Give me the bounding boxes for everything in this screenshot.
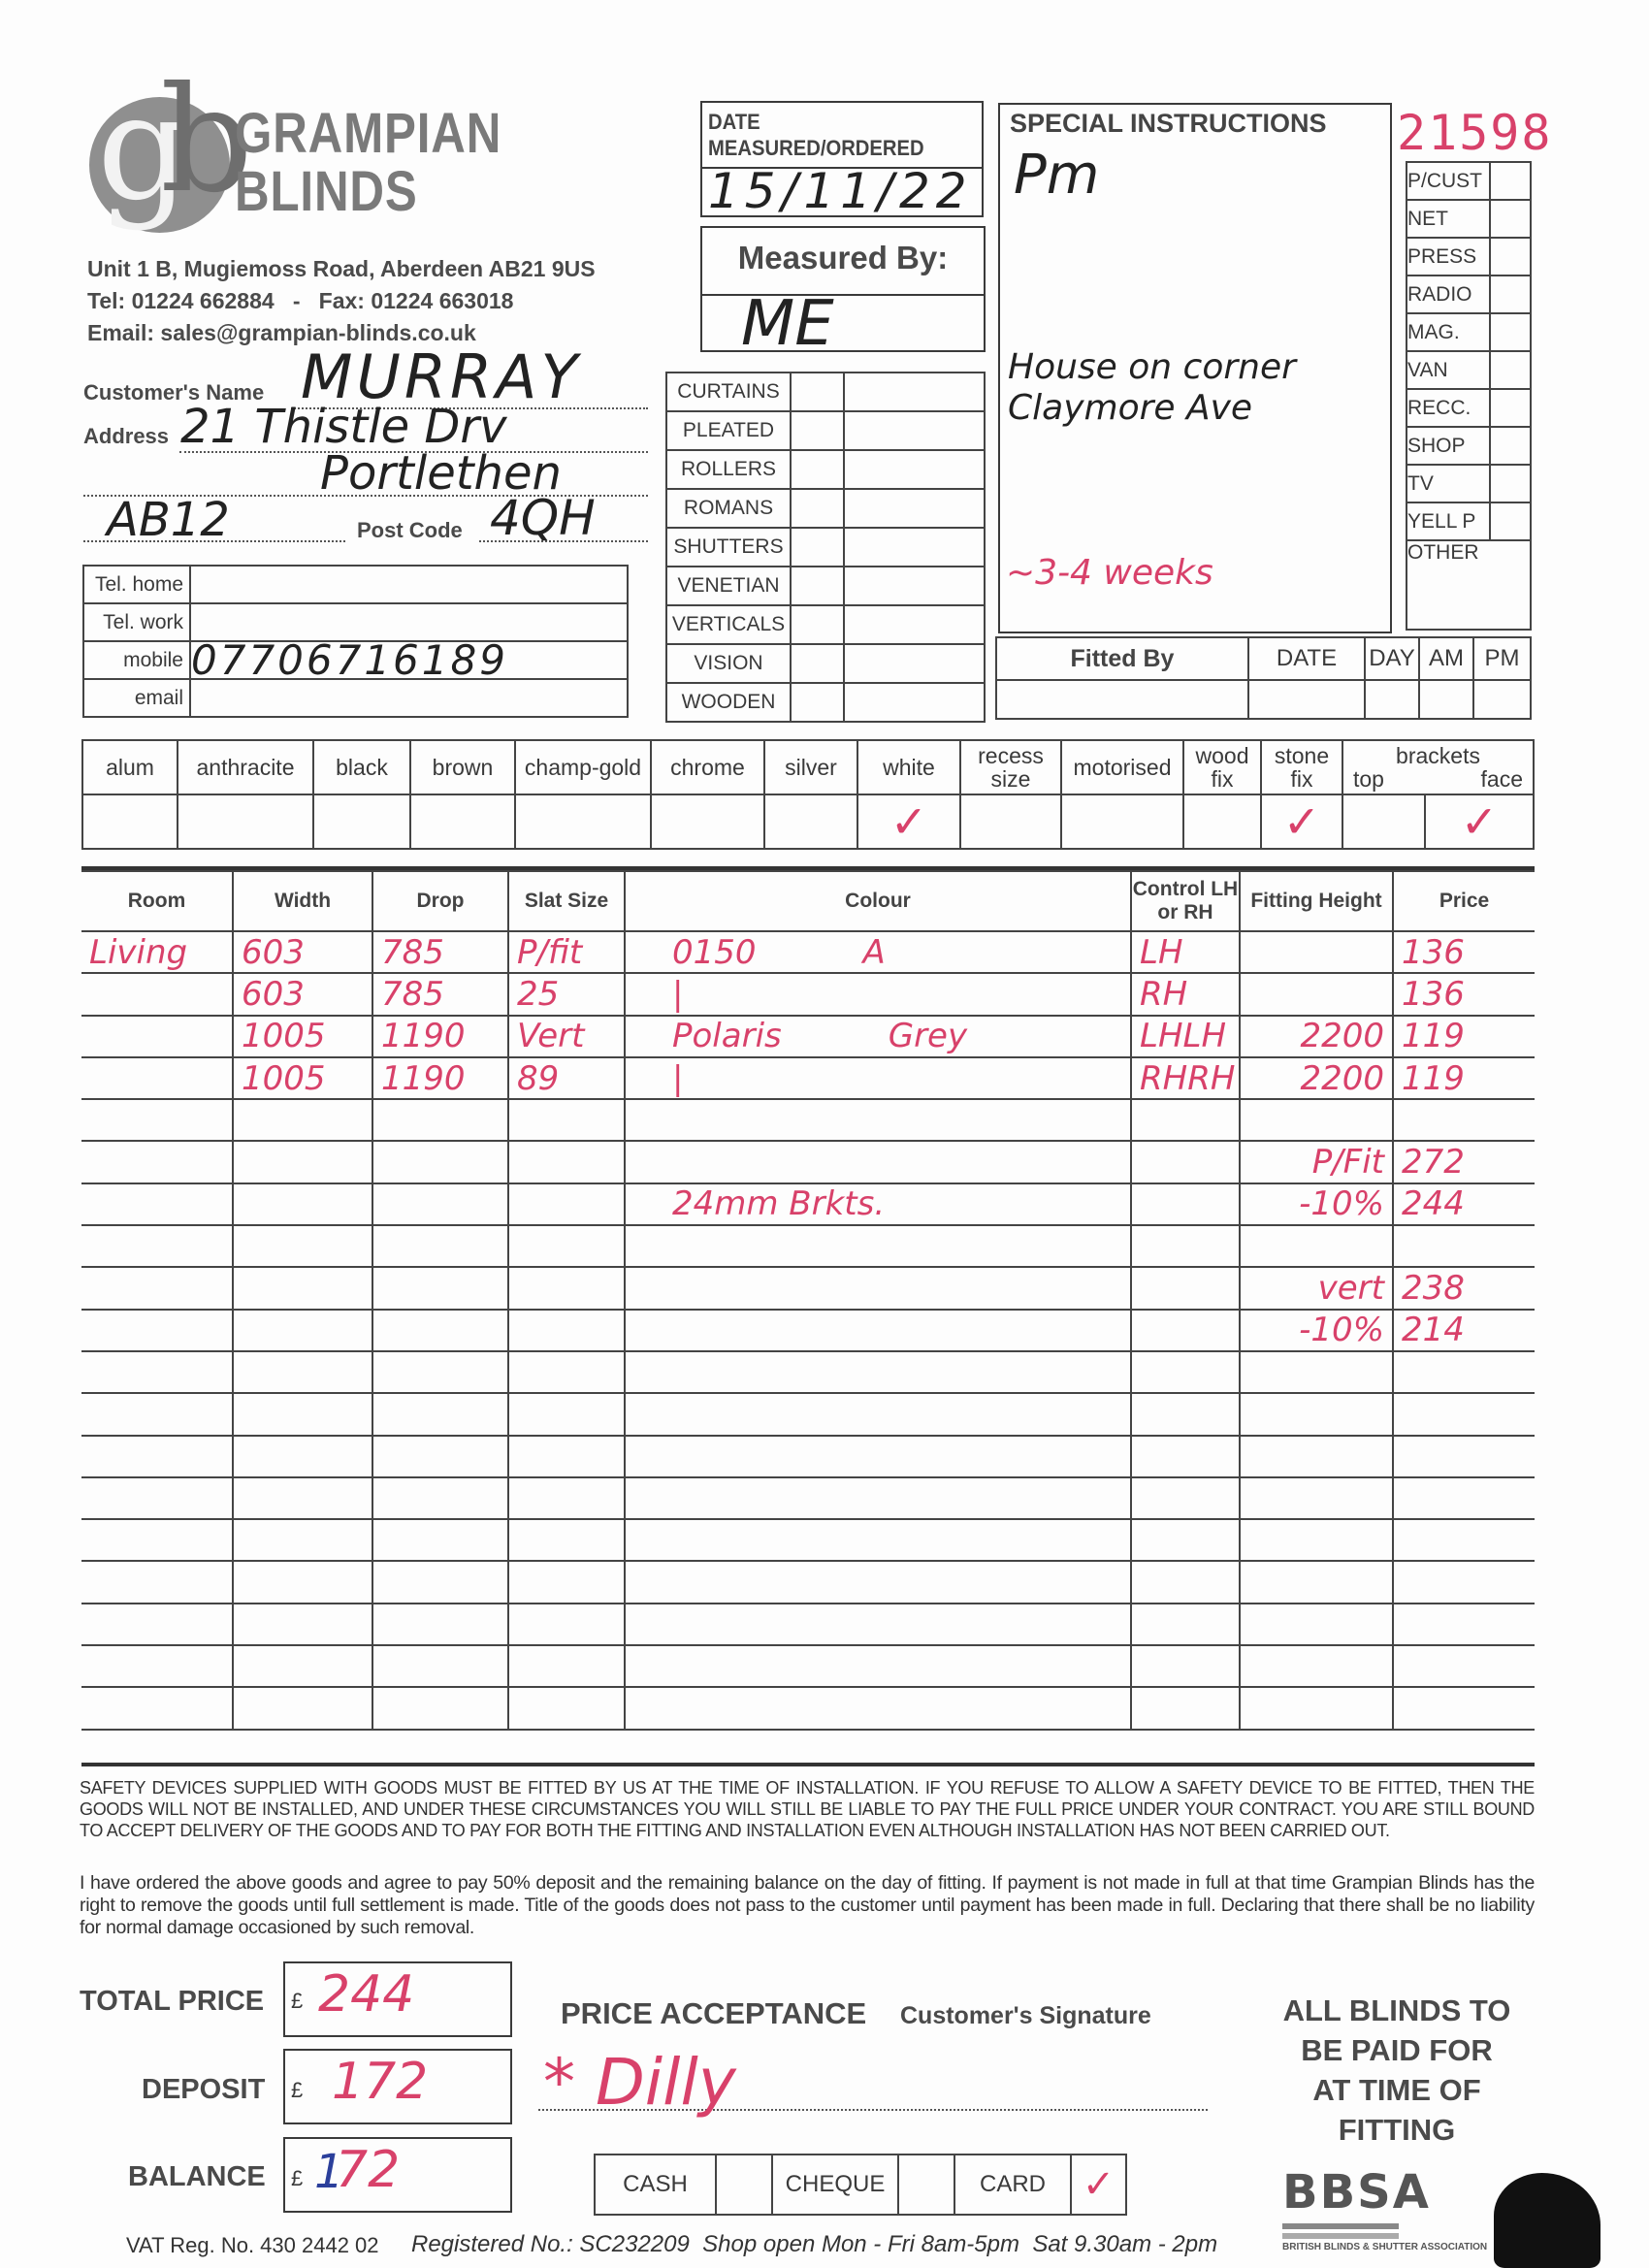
deposit-field[interactable]: £ 172 xyxy=(283,2049,512,2124)
cell-drop[interactable] xyxy=(372,1604,508,1645)
cell-control[interactable]: RH xyxy=(1131,973,1240,1015)
cell-price[interactable] xyxy=(1393,1393,1535,1435)
cell-room[interactable]: Living xyxy=(81,931,233,973)
brackets-label: brackets xyxy=(1343,744,1533,767)
product-type-qty[interactable] xyxy=(844,567,985,605)
colour-secondary xyxy=(672,1563,779,1602)
cell-height[interactable] xyxy=(1240,1687,1393,1729)
colour-value xyxy=(633,1437,672,1475)
cell-colour[interactable]: | xyxy=(625,973,1131,1015)
address-line3[interactable]: AB12 xyxy=(107,493,230,547)
cell-height[interactable] xyxy=(1240,1099,1393,1141)
cell-control[interactable] xyxy=(1131,1183,1240,1225)
product-type-checkbox[interactable] xyxy=(791,528,844,567)
option-checkbox-motorised[interactable] xyxy=(1061,794,1183,849)
table-row xyxy=(81,1477,1535,1519)
colour-value xyxy=(633,1604,672,1643)
cell-room[interactable] xyxy=(81,1016,233,1057)
source-checkbox[interactable] xyxy=(1490,200,1531,238)
cell-control[interactable] xyxy=(1131,1604,1240,1645)
cell-price[interactable] xyxy=(1393,1436,1535,1477)
source-checkbox[interactable] xyxy=(1490,351,1531,389)
notice-line4: FITTING xyxy=(1222,2110,1571,2150)
option-checkbox-white[interactable]: ✓ xyxy=(857,794,960,849)
cell-price[interactable]: 244 xyxy=(1393,1183,1535,1225)
product-type-qty[interactable] xyxy=(844,450,985,489)
product-type-label: PLEATED xyxy=(666,411,791,450)
notice-line3: AT TIME OF xyxy=(1222,2070,1571,2110)
special-instructions-line2: House on corner xyxy=(1008,347,1296,387)
cell-drop[interactable] xyxy=(372,1267,508,1309)
cell-colour[interactable]: PolarisGrey xyxy=(625,1016,1131,1057)
date-label-line1: DATE xyxy=(708,109,924,135)
table-row: P/Fit272 xyxy=(81,1141,1535,1183)
cell-colour[interactable] xyxy=(625,1477,1131,1519)
cell-height[interactable] xyxy=(1240,973,1393,1015)
cell-drop[interactable] xyxy=(372,1225,508,1267)
option-checkbox-silver[interactable] xyxy=(764,794,857,849)
cell-room[interactable] xyxy=(81,1604,233,1645)
cell-room[interactable] xyxy=(81,1477,233,1519)
product-type-qty[interactable] xyxy=(844,528,985,567)
cell-price[interactable] xyxy=(1393,1351,1535,1393)
source-label: TV xyxy=(1406,465,1490,502)
colour-value xyxy=(633,1395,672,1434)
cell-width[interactable] xyxy=(233,1183,372,1225)
cell-colour[interactable] xyxy=(625,1561,1131,1603)
cell-colour[interactable] xyxy=(625,1351,1131,1393)
payment-cash-checkbox[interactable] xyxy=(716,2155,772,2215)
colour-secondary xyxy=(672,1269,779,1308)
cell-width[interactable] xyxy=(233,1645,372,1687)
cell-drop[interactable] xyxy=(372,1645,508,1687)
items-table: Room Width Drop Slat Size Colour Control… xyxy=(81,870,1535,1731)
table-row xyxy=(81,1393,1535,1435)
cell-price[interactable] xyxy=(1393,1604,1535,1645)
fitted-day-field[interactable] xyxy=(1365,680,1419,719)
cell-colour[interactable] xyxy=(625,1604,1131,1645)
cell-colour[interactable]: | xyxy=(625,1057,1131,1099)
cell-slat[interactable] xyxy=(508,1141,625,1183)
source-checkbox[interactable] xyxy=(1490,427,1531,465)
fitted-pm-label: PM xyxy=(1473,637,1531,680)
cell-slat[interactable] xyxy=(508,1561,625,1603)
product-type-checkbox[interactable] xyxy=(791,605,844,644)
cell-room[interactable] xyxy=(81,1687,233,1729)
cell-slat[interactable] xyxy=(508,1645,625,1687)
option-checkbox-stone-fix[interactable]: ✓ xyxy=(1261,794,1342,849)
colour-secondary: Grey xyxy=(782,1017,967,1055)
product-type-checkbox[interactable] xyxy=(791,450,844,489)
cell-width[interactable] xyxy=(233,1519,372,1561)
cell-height[interactable] xyxy=(1240,1477,1393,1519)
cell-control[interactable] xyxy=(1131,1099,1240,1141)
cell-control[interactable] xyxy=(1131,1225,1240,1267)
email-field[interactable] xyxy=(190,679,628,717)
cell-drop[interactable] xyxy=(372,1436,508,1477)
cell-control[interactable] xyxy=(1131,1436,1240,1477)
cell-drop[interactable]: 1190 xyxy=(372,1016,508,1057)
special-instructions-line1: Pm xyxy=(1014,144,1099,207)
cell-room[interactable] xyxy=(81,1351,233,1393)
cell-height[interactable] xyxy=(1240,1519,1393,1561)
currency-icon: £ xyxy=(291,1989,303,2014)
source-checkbox[interactable] xyxy=(1490,389,1531,427)
postcode-value[interactable]: 4QH xyxy=(490,490,596,546)
brackets-face-label: face xyxy=(1481,767,1523,791)
cell-width[interactable] xyxy=(233,1225,372,1267)
cell-price[interactable] xyxy=(1393,1645,1535,1687)
deposit-value: 172 xyxy=(332,2053,428,2111)
cell-drop[interactable] xyxy=(372,1351,508,1393)
source-label: NET xyxy=(1406,200,1490,238)
col-fitting-height: Fitting Height xyxy=(1240,871,1393,931)
cell-price[interactable]: 214 xyxy=(1393,1310,1535,1351)
cell-price[interactable] xyxy=(1393,1477,1535,1519)
fitted-date-field[interactable] xyxy=(1248,680,1365,719)
option-checkbox-alum[interactable] xyxy=(82,794,178,849)
product-type-checkbox[interactable] xyxy=(791,683,844,722)
colour-value xyxy=(633,1689,672,1728)
cell-slat[interactable]: 25 xyxy=(508,973,625,1015)
cell-control[interactable] xyxy=(1131,1393,1240,1435)
cell-slat[interactable] xyxy=(508,1183,625,1225)
table-row: 24mm Brkts.-10%244 xyxy=(81,1183,1535,1225)
cell-colour[interactable] xyxy=(625,1687,1131,1729)
cell-width[interactable] xyxy=(233,1687,372,1729)
cell-room[interactable] xyxy=(81,1393,233,1435)
table-row: 60378525|RH136 xyxy=(81,973,1535,1015)
colour-secondary xyxy=(683,975,790,1014)
option-checkbox-brackets-top[interactable] xyxy=(1342,794,1425,849)
bbsa-caption: BRITISH BLINDS & SHUTTER ASSOCIATION xyxy=(1282,2242,1487,2252)
cell-price[interactable]: 136 xyxy=(1393,973,1535,1015)
colour-value xyxy=(633,1143,672,1182)
measured-by-value[interactable]: ME xyxy=(741,288,834,360)
colour-value xyxy=(633,1353,672,1392)
product-type-checkbox[interactable] xyxy=(791,567,844,605)
cell-drop[interactable]: 785 xyxy=(372,931,508,973)
registration-and-hours: Registered No.: SC232209 Shop open Mon -… xyxy=(411,2231,1217,2258)
cell-colour[interactable] xyxy=(625,1225,1131,1267)
colour-secondary xyxy=(672,1479,779,1518)
cell-colour[interactable] xyxy=(625,1310,1131,1351)
cell-height[interactable] xyxy=(1240,1645,1393,1687)
cell-slat[interactable] xyxy=(508,1477,625,1519)
payment-cheque-label: CHEQUE xyxy=(772,2155,898,2215)
cell-colour[interactable] xyxy=(625,1393,1131,1435)
cell-width[interactable] xyxy=(233,1393,372,1435)
cell-price[interactable]: 119 xyxy=(1393,1016,1535,1057)
table-row xyxy=(81,1604,1535,1645)
cell-price[interactable] xyxy=(1393,1687,1535,1729)
cell-height[interactable] xyxy=(1240,931,1393,973)
cell-control[interactable] xyxy=(1131,1310,1240,1351)
cell-height[interactable] xyxy=(1240,1351,1393,1393)
cell-control[interactable] xyxy=(1131,1141,1240,1183)
cell-slat[interactable] xyxy=(508,1519,625,1561)
cell-slat[interactable]: 89 xyxy=(508,1057,625,1099)
product-type-checkbox[interactable] xyxy=(791,644,844,683)
cell-drop[interactable] xyxy=(372,1687,508,1729)
product-type-checkbox[interactable] xyxy=(791,411,844,450)
option-checkbox-recess-size[interactable] xyxy=(960,794,1061,849)
cell-width[interactable] xyxy=(233,1267,372,1309)
cell-drop[interactable] xyxy=(372,1561,508,1603)
cell-price[interactable] xyxy=(1393,1519,1535,1561)
total-price-field[interactable]: £ 244 xyxy=(283,1961,512,2037)
option-checkbox-black[interactable] xyxy=(313,794,410,849)
cell-control[interactable]: RHRH xyxy=(1131,1057,1240,1099)
cell-control[interactable] xyxy=(1131,1477,1240,1519)
option-chrome: chrome xyxy=(651,740,764,794)
cell-price[interactable]: 136 xyxy=(1393,931,1535,973)
source-other[interactable]: OTHER xyxy=(1406,540,1531,630)
cell-room[interactable] xyxy=(81,1225,233,1267)
table-row xyxy=(81,1099,1535,1141)
items-table-body: Living603785P/fit0150ALH13660378525|RH13… xyxy=(81,931,1535,1730)
source-checkbox[interactable] xyxy=(1490,465,1531,502)
bbsa-logo-text: BBSA xyxy=(1282,2165,1487,2219)
tel-work-label: Tel. work xyxy=(83,603,190,641)
cell-room[interactable] xyxy=(81,1436,233,1477)
cell-price[interactable]: 272 xyxy=(1393,1141,1535,1183)
source-checkbox[interactable] xyxy=(1490,238,1531,275)
cell-room[interactable] xyxy=(81,1561,233,1603)
source-checkbox[interactable] xyxy=(1490,162,1531,200)
cell-height[interactable] xyxy=(1240,1225,1393,1267)
company-address: Unit 1 B, Mugiemoss Road, Aberdeen AB21 … xyxy=(87,256,596,282)
cell-control[interactable]: LHLH xyxy=(1131,1016,1240,1057)
source-label: VAN xyxy=(1406,351,1490,389)
cell-height[interactable] xyxy=(1240,1436,1393,1477)
source-label: RECC. xyxy=(1406,389,1490,427)
fitted-date-label: DATE xyxy=(1248,637,1365,680)
special-instructions-line3: Claymore Ave xyxy=(1008,388,1252,428)
fitted-by-field[interactable] xyxy=(996,680,1248,719)
contacts-table: Tel. home Tel. work mobile07706716189 em… xyxy=(82,565,629,718)
balance-field[interactable]: £ 1 72 xyxy=(283,2137,512,2213)
cell-room[interactable] xyxy=(81,1645,233,1687)
cell-height[interactable]: 2200 xyxy=(1240,1057,1393,1099)
cell-height[interactable] xyxy=(1240,1561,1393,1603)
source-checkbox[interactable] xyxy=(1490,502,1531,540)
cell-width[interactable] xyxy=(233,1141,372,1183)
cell-drop[interactable] xyxy=(372,1477,508,1519)
table-row: Living603785P/fit0150ALH136 xyxy=(81,931,1535,973)
cell-room[interactable] xyxy=(81,1267,233,1309)
colour-value xyxy=(633,1563,672,1602)
payment-method-table: CASH CHEQUE CARD ✓ xyxy=(594,2154,1127,2216)
colour-secondary xyxy=(672,1353,779,1392)
fitted-am-field[interactable] xyxy=(1419,680,1473,719)
cell-control[interactable] xyxy=(1131,1561,1240,1603)
cell-height[interactable] xyxy=(1240,1604,1393,1645)
cell-width[interactable] xyxy=(233,1436,372,1477)
cell-slat[interactable] xyxy=(508,1225,625,1267)
cell-width[interactable] xyxy=(233,1604,372,1645)
cell-room[interactable] xyxy=(81,1183,233,1225)
cell-colour[interactable] xyxy=(625,1519,1131,1561)
colour-secondary xyxy=(672,1311,779,1349)
cell-colour[interactable] xyxy=(625,1267,1131,1309)
colour-secondary xyxy=(672,1143,779,1182)
product-type-label: ROLLERS xyxy=(666,450,791,489)
col-colour: Colour xyxy=(625,871,1131,931)
cell-width[interactable] xyxy=(233,1351,372,1393)
colour-value: Polaris xyxy=(633,1017,782,1055)
fitted-am-label: AM xyxy=(1419,637,1473,680)
cell-slat[interactable]: Vert xyxy=(508,1016,625,1057)
cell-drop[interactable] xyxy=(372,1519,508,1561)
cell-colour[interactable] xyxy=(625,1141,1131,1183)
cell-slat[interactable] xyxy=(508,1310,625,1351)
mobile-field[interactable]: 07706716189 xyxy=(190,641,628,679)
product-type-qty[interactable] xyxy=(844,373,985,411)
fitted-pm-field[interactable] xyxy=(1473,680,1531,719)
product-type-qty[interactable] xyxy=(844,411,985,450)
tel-home-field[interactable] xyxy=(190,566,628,603)
cell-slat[interactable] xyxy=(508,1267,625,1309)
cell-width[interactable] xyxy=(233,1477,372,1519)
source-checkbox[interactable] xyxy=(1490,275,1531,313)
bbsa-logo: BBSA BRITISH BLINDS & SHUTTER ASSOCIATIO… xyxy=(1282,2165,1487,2252)
cell-price[interactable]: 119 xyxy=(1393,1057,1535,1099)
option-alum: alum xyxy=(82,740,178,794)
option-checkbox-chrome[interactable] xyxy=(651,794,764,849)
option-checkbox-brown[interactable] xyxy=(410,794,515,849)
cell-drop[interactable]: 1190 xyxy=(372,1057,508,1099)
cell-slat[interactable] xyxy=(508,1687,625,1729)
cell-height[interactable] xyxy=(1240,1393,1393,1435)
date-value[interactable]: 15/11/22 xyxy=(708,163,973,219)
cell-control[interactable] xyxy=(1131,1519,1240,1561)
product-type-qty[interactable] xyxy=(844,683,985,722)
cell-colour[interactable] xyxy=(625,1099,1131,1141)
table-row xyxy=(81,1561,1535,1603)
colour-secondary xyxy=(672,1437,779,1475)
colour-value xyxy=(633,1101,672,1140)
cell-colour[interactable]: 0150A xyxy=(625,931,1131,973)
option-checkbox-brackets-face[interactable]: ✓ xyxy=(1425,794,1534,849)
table-row xyxy=(81,1519,1535,1561)
cell-drop[interactable] xyxy=(372,1099,508,1141)
colour-secondary xyxy=(683,1059,790,1098)
product-type-label: WOODEN xyxy=(666,683,791,722)
product-type-label: VENETIAN xyxy=(666,567,791,605)
option-brown: brown xyxy=(410,740,515,794)
measured-by-box: Measured By: ME xyxy=(700,226,986,352)
customer-signature[interactable]: * Dilly xyxy=(543,2045,736,2120)
cell-room[interactable] xyxy=(81,1310,233,1351)
measured-by-label: Measured By: xyxy=(702,240,984,276)
colour-value: 24mm Brkts. xyxy=(633,1184,885,1223)
fitted-day-label: DAY xyxy=(1365,637,1419,680)
option-motorised: motorised xyxy=(1061,740,1183,794)
cell-slat[interactable] xyxy=(508,1604,625,1645)
product-type-checkbox[interactable] xyxy=(791,489,844,528)
cell-price[interactable] xyxy=(1393,1561,1535,1603)
cell-room[interactable] xyxy=(81,1519,233,1561)
product-type-qty[interactable] xyxy=(844,644,985,683)
ink-smudge xyxy=(1494,2173,1600,2268)
cell-slat[interactable]: P/fit xyxy=(508,931,625,973)
product-type-checkbox[interactable] xyxy=(791,373,844,411)
col-drop: Drop xyxy=(372,871,508,931)
cell-slat[interactable] xyxy=(508,1436,625,1477)
source-label: RADIO xyxy=(1406,275,1490,313)
cell-height[interactable]: 2200 xyxy=(1240,1016,1393,1057)
cell-drop[interactable] xyxy=(372,1393,508,1435)
payment-card-label: CARD xyxy=(954,2155,1071,2215)
payment-card-checkbox[interactable]: ✓ xyxy=(1071,2155,1126,2215)
cell-drop[interactable]: 785 xyxy=(372,973,508,1015)
cell-drop[interactable] xyxy=(372,1141,508,1183)
cell-room[interactable] xyxy=(81,973,233,1015)
cell-width[interactable]: 603 xyxy=(233,931,372,973)
cell-width[interactable]: 1005 xyxy=(233,1016,372,1057)
cell-colour[interactable] xyxy=(625,1436,1131,1477)
cell-drop[interactable] xyxy=(372,1310,508,1351)
product-type-qty[interactable] xyxy=(844,605,985,644)
cell-width[interactable] xyxy=(233,1561,372,1603)
option-black: black xyxy=(313,740,410,794)
colour-value xyxy=(633,1521,672,1560)
payment-cheque-checkbox[interactable] xyxy=(898,2155,954,2215)
colour-secondary xyxy=(672,1101,779,1140)
cell-slat[interactable] xyxy=(508,1351,625,1393)
special-instructions-box[interactable]: SPECIAL INSTRUCTIONS Pm House on corner … xyxy=(998,103,1392,633)
option-checkbox-anthracite[interactable] xyxy=(178,794,313,849)
cell-slat[interactable] xyxy=(508,1099,625,1141)
cell-width[interactable]: 1005 xyxy=(233,1057,372,1099)
cell-height[interactable]: vert xyxy=(1240,1267,1393,1309)
source-checkbox[interactable] xyxy=(1490,313,1531,351)
cell-room[interactable] xyxy=(81,1057,233,1099)
cell-price[interactable]: 238 xyxy=(1393,1267,1535,1309)
cell-price[interactable] xyxy=(1393,1225,1535,1267)
cell-control[interactable] xyxy=(1131,1351,1240,1393)
cell-room[interactable] xyxy=(81,1099,233,1141)
cell-height[interactable]: P/Fit xyxy=(1240,1141,1393,1183)
mobile-label: mobile xyxy=(83,641,190,679)
cell-height[interactable]: -10% xyxy=(1240,1183,1393,1225)
cell-width[interactable]: 603 xyxy=(233,973,372,1015)
cell-control[interactable] xyxy=(1131,1687,1240,1729)
option-checkbox-champ-gold[interactable] xyxy=(515,794,651,849)
colour-secondary xyxy=(885,1184,991,1223)
cell-control[interactable] xyxy=(1131,1645,1240,1687)
option-checkbox-wood-fix[interactable] xyxy=(1183,794,1261,849)
source-label: SHOP xyxy=(1406,427,1490,465)
product-type-label: VERTICALS xyxy=(666,605,791,644)
table-row xyxy=(81,1225,1535,1267)
cell-height[interactable]: -10% xyxy=(1240,1310,1393,1351)
product-type-qty[interactable] xyxy=(844,489,985,528)
cell-colour[interactable]: 24mm Brkts. xyxy=(625,1183,1131,1225)
cell-drop[interactable] xyxy=(372,1183,508,1225)
safety-notice: SAFETY DEVICES SUPPLIED WITH GOODS MUST … xyxy=(80,1777,1535,1841)
cell-width[interactable] xyxy=(233,1099,372,1141)
cell-slat[interactable] xyxy=(508,1393,625,1435)
cell-width[interactable] xyxy=(233,1310,372,1351)
col-price: Price xyxy=(1393,871,1535,931)
cell-colour[interactable] xyxy=(625,1645,1131,1687)
cell-control[interactable]: LH xyxy=(1131,931,1240,973)
cell-control[interactable] xyxy=(1131,1267,1240,1309)
cell-price[interactable] xyxy=(1393,1099,1535,1141)
cell-room[interactable] xyxy=(81,1141,233,1183)
